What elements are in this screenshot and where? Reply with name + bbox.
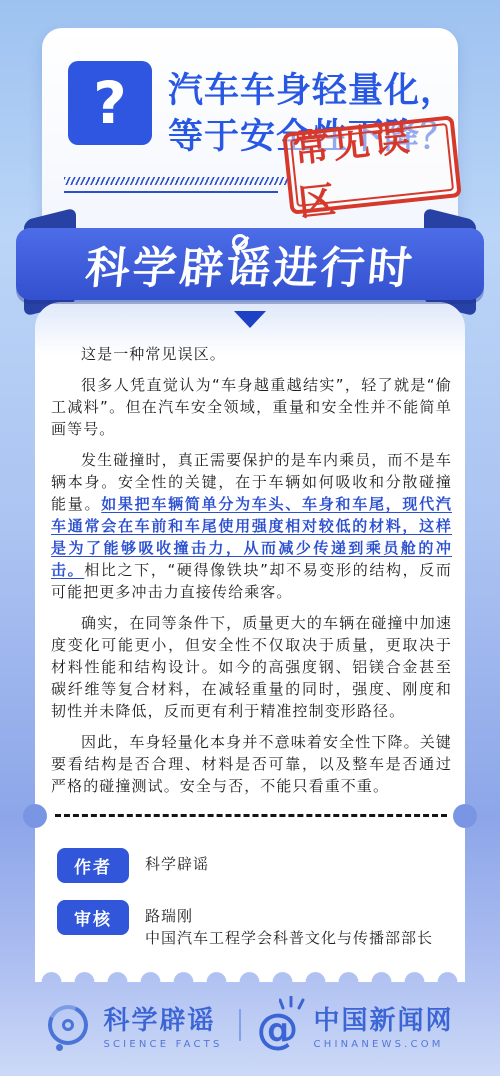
misconception-stamp: 常见误区 [282,115,462,215]
science-facts-logo-subtext: SCIENCE FACTS [103,1039,222,1050]
paragraph-3-post: 相比之下，“硬得像铁块”却不易变形的结构，反而可能把更多冲击力直接传给乘客。 [51,561,452,601]
paragraph-2: 很多人凭直觉认为“车身越重越结实”，轻了就是“偷工减料”。但在汽车安全领域，重量… [51,374,452,440]
article-body: 这是一种常见误区。 很多人凭直觉认为“车身越重越结实”，轻了就是“偷工减料”。但… [51,343,452,806]
misconception-stamp-label: 常见误区 [290,123,454,207]
hatch-decoration [64,177,288,185]
at-sign-icon: @ [257,1000,305,1050]
paragraph-5: 因此，车身轻量化本身并不意味着安全性下降。关键要看结构是否合理、材料是否可靠，以… [51,731,452,797]
question-card: ? 汽车车身轻量化， 等于安全性下降？ 常见误区 [42,28,458,244]
chinanews-logo: @ 中国新闻网 CHINANEWS.COM [257,1000,454,1050]
ticket-notch-left [23,804,47,828]
question-mark-icon: ? [68,61,152,145]
banner: 科学辟谣进行时 [16,228,484,300]
author-value: 科学辟谣 [145,848,209,875]
chinanews-logo-text: 中国新闻网 [314,1000,454,1037]
reviewer-title: 中国汽车工程学会科普文化与传播部部长 [145,927,433,949]
credits-section: 作者 科学辟谣 审核 路瑞刚 中国汽车工程学会科普文化与传播部部长 [57,848,449,966]
prohibition-icon [232,234,248,250]
banner-title: 科学辟谣进行时 [83,232,418,296]
rays-icon [279,996,305,1010]
science-facts-icon [46,1001,94,1049]
dashed-divider [55,814,447,817]
content-card: 这是一种常见误区。 很多人凭直觉认为“车身越重越结实”，轻了就是“偷工减料”。但… [35,302,465,969]
paragraph-3: 发生碰撞时，真正需要保护的是车内乘员，而不是车辆本身。安全性的关键，在于车辆如何… [51,449,452,603]
triangle-down-icon [234,311,266,328]
author-row: 作者 科学辟谣 [57,848,449,883]
reviewer-badge: 审核 [57,900,129,935]
scalloped-edge [35,969,465,982]
footer: 科学辟谣 SCIENCE FACTS @ 中国新闻网 CHINANEWS.COM [0,1000,500,1050]
science-facts-logo-text: 科学辟谣 [103,1000,222,1037]
poster: ? 汽车车身轻量化， 等于安全性下降？ 常见误区 科学辟谣进行时 这是一种常见误… [0,0,500,1076]
question-glyph: ? [93,69,127,137]
reviewer-value: 路瑞刚 中国汽车工程学会科普文化与传播部部长 [145,900,433,949]
footer-divider [239,1009,241,1041]
ticket-notch-right [453,804,477,828]
reviewer-name: 路瑞刚 [145,905,433,927]
paragraph-4: 确实，在同等条件下，质量更大的车辆在碰撞中加速度变化可能更小，但安全性不仅取决于… [51,612,452,722]
paragraph-1: 这是一种常见误区。 [51,343,452,365]
underline-decoration [64,191,278,193]
reviewer-row: 审核 路瑞刚 中国汽车工程学会科普文化与传播部部长 [57,900,449,949]
chinanews-logo-subtext: CHINANEWS.COM [314,1039,454,1050]
author-badge: 作者 [57,848,129,883]
science-facts-logo: 科学辟谣 SCIENCE FACTS [46,1000,222,1050]
